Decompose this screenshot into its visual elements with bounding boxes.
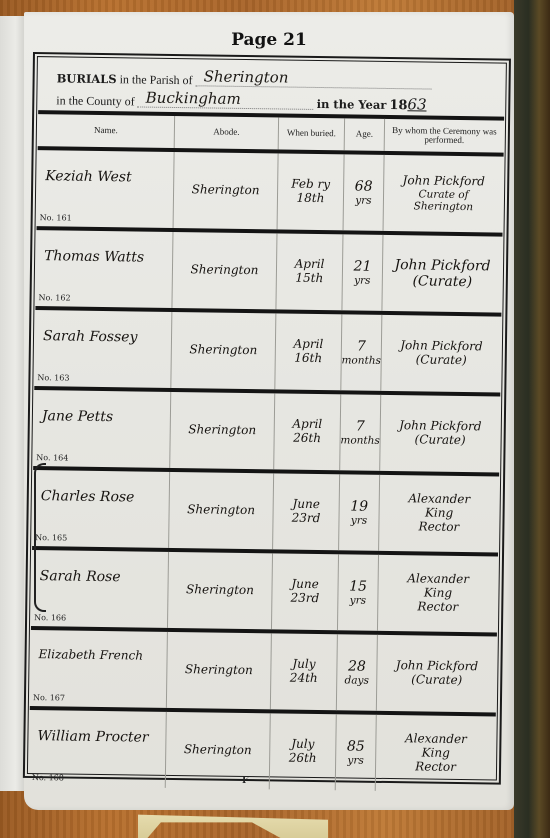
officiant-line: Rector	[417, 600, 458, 614]
parish-prefix: in the Parish of	[120, 72, 193, 87]
date-cell: June23rd	[273, 473, 340, 550]
date-day: 16th	[294, 352, 322, 366]
year-written: 63	[407, 95, 426, 113]
entry-name: Sarah Rose	[40, 568, 121, 585]
age-unit: yrs	[350, 594, 367, 606]
age-unit: yrs	[355, 195, 372, 207]
date-day: 23rd	[292, 512, 321, 526]
date-cell: July24th	[271, 633, 338, 710]
entry-name: Sarah Fossey	[43, 328, 138, 345]
age-cell: 7months	[341, 314, 382, 391]
officiant-line: John Pickford	[402, 174, 484, 189]
date-day: 15th	[295, 272, 323, 286]
officiant-line: Sherington	[414, 200, 474, 213]
entry-number: No. 162	[39, 293, 71, 302]
entry-number: No. 166	[34, 613, 66, 622]
entry-number: No. 161	[40, 213, 72, 222]
age-cell: 28days	[337, 634, 378, 711]
date-cell: July26th	[270, 713, 337, 790]
burials-label: BURIALS	[57, 71, 117, 86]
table-row: Jane Petts No. 164 Sherington April26th …	[33, 390, 500, 472]
age-cell: 85yrs	[336, 714, 377, 791]
county-prefix: in the County of	[56, 93, 135, 108]
officiant-line: (Curate)	[416, 353, 467, 368]
header-officiant: By whom the Ceremony was performed.	[385, 119, 504, 153]
table-row: Sarah Rose No. 166 Sherington June23rd 1…	[31, 550, 498, 632]
age-unit: yrs	[351, 514, 368, 526]
date-cell: April16th	[275, 313, 342, 390]
age-cell: 15yrs	[338, 554, 379, 631]
officiant-line: (Curate)	[411, 673, 462, 688]
entry-name: William Procter	[37, 728, 148, 746]
officiant-cell: John Pickford(Curate)	[381, 315, 501, 393]
name-cell: Elizabeth French No. 167	[30, 630, 168, 708]
officiant-cell: AlexanderKingRector	[378, 555, 498, 633]
entry-name: Charles Rose	[41, 488, 135, 505]
entry-abode: Sherington	[189, 343, 257, 358]
year-printed: 18	[389, 98, 407, 113]
year-value: 1863	[389, 98, 426, 114]
date-cell: June23rd	[272, 553, 339, 630]
date-cell: April15th	[276, 233, 343, 310]
name-cell: Sarah Fossey No. 163	[34, 310, 172, 388]
abode-cell: Sherington	[166, 712, 271, 789]
entry-abode: Sherington	[184, 743, 252, 758]
officiant-cell: John Pickford(Curate)	[380, 395, 500, 473]
officiant-line: (Curate)	[414, 433, 465, 448]
date-day: 18th	[296, 192, 324, 206]
register-heading: BURIALS in the Parish of Sherington in t…	[44, 60, 499, 118]
date-cell: April26th	[274, 393, 341, 470]
abode-cell: Sherington	[167, 632, 272, 709]
year-prefix: in the Year	[317, 97, 387, 112]
table-row: Keziah West No. 161 Sherington Feb ry18t…	[37, 150, 504, 232]
officiant-cell: John Pickford(Curate)	[382, 235, 502, 313]
page-title: Page 21	[24, 30, 514, 50]
table-row: Charles Rose No. 165 Sherington June23rd…	[32, 470, 499, 552]
table-header: Name. Abode. When buried. Age. By whom t…	[38, 114, 504, 153]
burial-register: BURIALS in the Parish of Sherington in t…	[23, 52, 511, 785]
table-row: Sarah Fossey No. 163 Sherington April16t…	[34, 310, 501, 392]
officiant-line: John Pickford	[394, 257, 490, 274]
family-bracket-icon	[34, 463, 46, 612]
age-value: 19	[350, 498, 368, 514]
header-abode: Abode.	[175, 116, 279, 149]
abode-cell: Sherington	[172, 232, 277, 309]
county-value: Buckingham	[138, 88, 314, 109]
parish-value: Sherington	[196, 67, 432, 89]
entry-number: No. 167	[33, 693, 65, 702]
date-day: 26th	[289, 752, 317, 766]
age-cell: 19yrs	[339, 474, 380, 551]
age-cell: 7months	[340, 394, 381, 471]
entry-number: No. 163	[37, 373, 69, 382]
age-value: 68	[355, 178, 373, 194]
officiant-line: Rector	[418, 520, 459, 534]
date-day: 26th	[293, 432, 321, 446]
entry-name: Keziah West	[45, 168, 132, 185]
name-cell: Keziah West No. 161	[37, 150, 175, 228]
age-value: 85	[347, 738, 365, 754]
entry-abode: Sherington	[188, 423, 256, 438]
name-cell: William Procter No. 168	[29, 710, 167, 788]
header-age: Age.	[345, 118, 385, 151]
entry-name: Thomas Watts	[44, 248, 144, 265]
age-value: 21	[354, 258, 372, 274]
header-name: Name.	[38, 114, 175, 148]
signature-mark: F	[242, 776, 248, 786]
age-value: 7	[356, 418, 365, 434]
officiant-cell: AlexanderKingRector	[379, 475, 499, 553]
age-unit: days	[345, 674, 369, 686]
age-unit: months	[340, 434, 380, 447]
burial-table: Name. Abode. When buried. Age. By whom t…	[29, 110, 504, 792]
date-day: 24th	[290, 672, 318, 686]
age-cell: 21yrs	[342, 234, 383, 311]
entry-abode: Sherington	[186, 583, 254, 598]
age-value: 7	[357, 338, 366, 354]
age-unit: yrs	[354, 275, 371, 287]
abode-cell: Sherington	[170, 392, 275, 469]
officiant-cell: John PickfordCurate ofSherington	[384, 155, 504, 233]
abode-cell: Sherington	[171, 312, 276, 389]
entry-number: No. 164	[36, 453, 68, 462]
entry-abode: Sherington	[190, 263, 258, 278]
officiant-line: Curate of	[418, 188, 468, 201]
officiant-line: Rector	[415, 760, 456, 774]
name-cell: Charles Rose No. 165	[32, 470, 170, 548]
table-row: Thomas Watts No. 162 Sherington April15t…	[35, 230, 502, 312]
officiant-line: (Curate)	[412, 273, 472, 290]
name-cell: Jane Petts No. 164	[33, 390, 171, 468]
age-unit: months	[341, 354, 381, 367]
abode-cell: Sherington	[174, 152, 279, 229]
book-binding	[514, 0, 550, 838]
entry-abode: Sherington	[185, 663, 253, 678]
abode-cell: Sherington	[168, 552, 273, 629]
name-cell: Sarah Rose No. 166	[31, 550, 169, 628]
date-cell: Feb ry18th	[278, 153, 345, 230]
table-row: Elizabeth French No. 167 Sherington July…	[30, 630, 497, 712]
entry-name: Jane Petts	[42, 408, 113, 425]
table-row: William Procter No. 168 Sherington July2…	[29, 710, 496, 792]
abode-cell: Sherington	[169, 472, 274, 549]
age-unit: yrs	[347, 754, 364, 766]
officiant-cell: AlexanderKingRector	[376, 715, 496, 793]
entry-abode: Sherington	[187, 503, 255, 518]
age-value: 15	[349, 578, 367, 594]
entry-name: Elizabeth French	[38, 648, 143, 663]
date-day: 23rd	[290, 592, 319, 606]
officiant-cell: John Pickford(Curate)	[377, 635, 497, 713]
age-value: 28	[348, 658, 366, 674]
header-when-buried: When buried.	[279, 117, 345, 150]
entry-abode: Sherington	[192, 183, 260, 198]
name-cell: Thomas Watts No. 162	[35, 230, 173, 308]
age-cell: 68yrs	[344, 154, 385, 231]
entry-number: No. 168	[32, 773, 64, 782]
